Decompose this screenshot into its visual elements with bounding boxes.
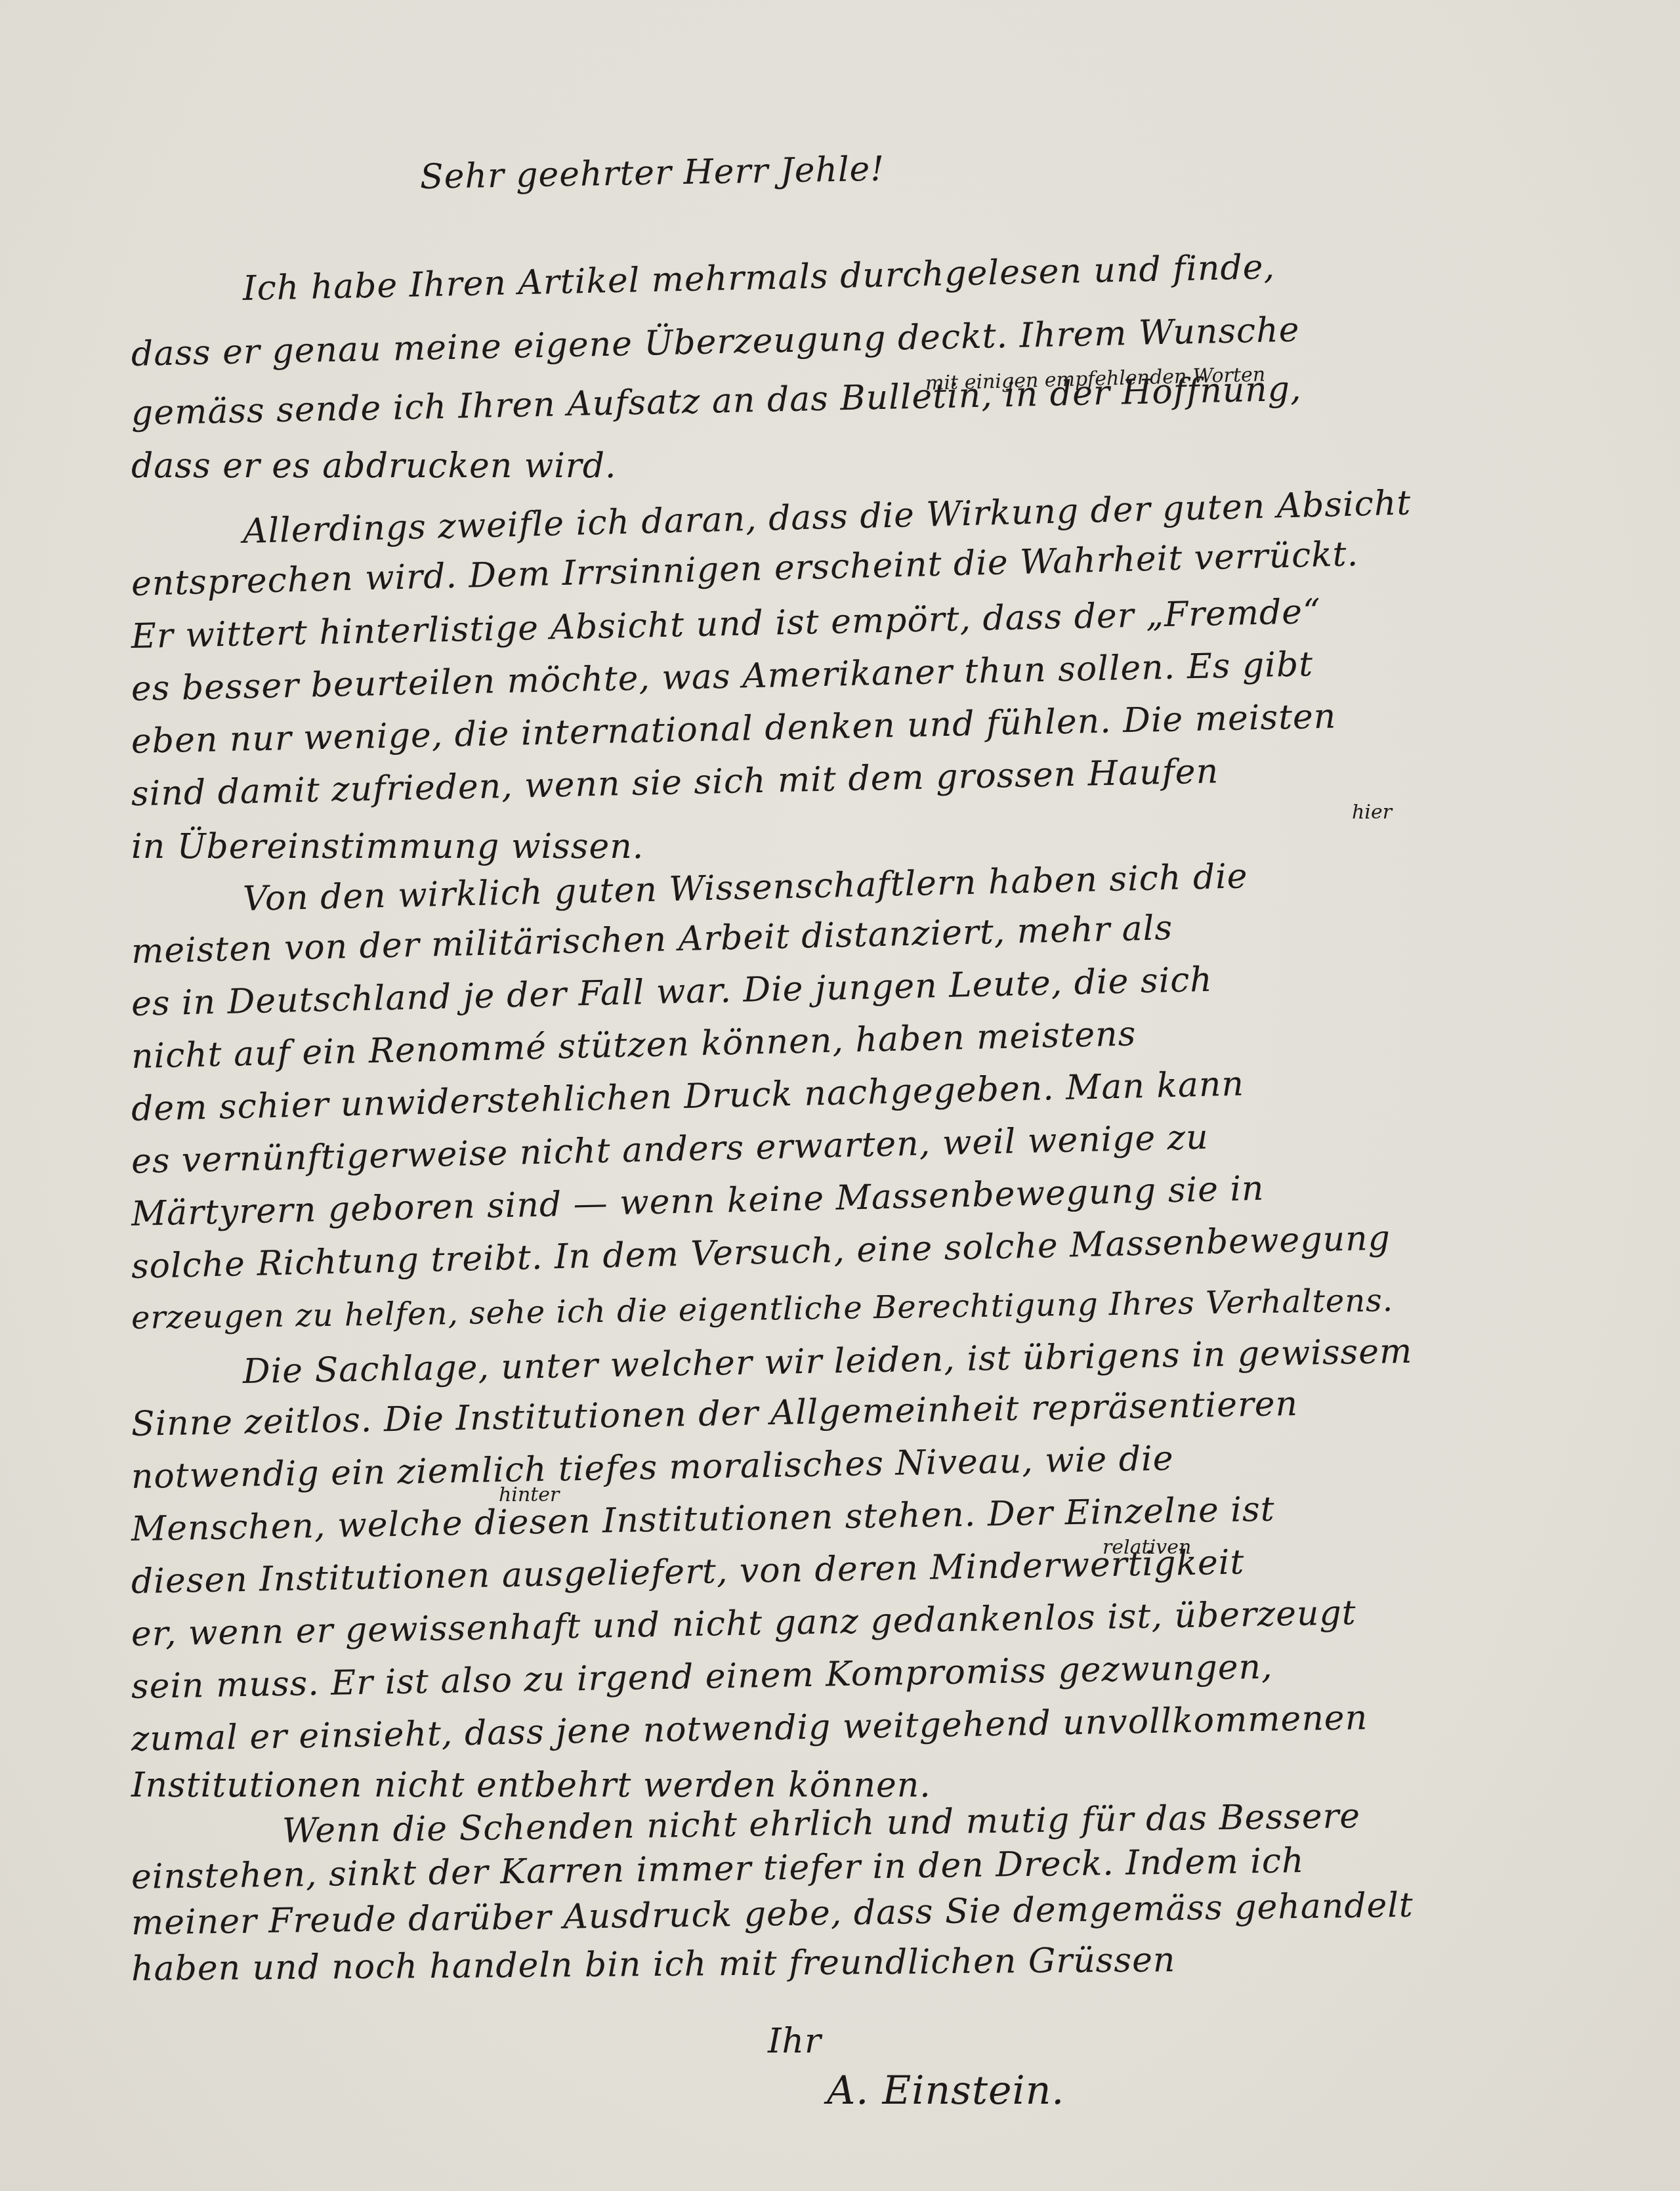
letter-line: Sinne zeitlos. Die Institutionen der All… [131,1384,1298,1444]
letter-line: zumal er einsieht, dass jene notwendig w… [131,1698,1368,1759]
letter-line: es in Deutschland je der Fall war. Die j… [131,960,1213,1024]
letter-line: sind damit zufrieden, wenn sie sich mit … [131,752,1219,814]
closing: Ihr [768,2022,822,2061]
letter-line: Die Sachlage, unter welcher wir leiden, … [242,1332,1412,1392]
letter-line: in Übereinstimmung wissen. [131,827,644,866]
letter-line: dass er es abdrucken wird. [131,446,617,486]
letter-line: Institutionen nicht entbehrt werden könn… [131,1766,931,1805]
letter-line: Er wittert hinterlistige Absicht und ist… [131,592,1321,656]
interlinear-insert: hier [1352,801,1392,824]
letter-line: dem schier unwiderstehlichen Druck nachg… [131,1065,1244,1129]
letter-line: eben nur wenige, die international denke… [131,697,1336,761]
letter-line: Märtyrern geboren sind — wenn keine Mass… [131,1169,1265,1234]
letter-line: Ich habe Ihren Artikel mehrmals durchgel… [242,247,1275,308]
letter-line: er, wenn er gewissenhaft und nicht ganz … [131,1593,1356,1654]
letter-line: es vernünftigerweise nicht anders erwart… [131,1118,1209,1181]
letter-line: dass er genau meine eigene Überzeugung d… [131,310,1300,374]
letter-line: diesen Institutionen ausgeliefert, von d… [131,1542,1244,1602]
letter-line: notwendig ein ziemlich tiefes moralische… [131,1439,1173,1497]
salutation: Sehr geehrter Herr Jehle! [419,150,885,197]
letter-line: erzeugen zu helfen, sehe ich die eigentl… [131,1282,1394,1336]
signature: A. Einstein. [827,2068,1064,2114]
letter-line: es besser beurteilen möchte, was Amerika… [131,645,1313,709]
letter-line: sein muss. Er ist also zu irgend einem K… [131,1648,1273,1707]
letter-line: nicht auf ein Renommé stützen können, ha… [131,1014,1137,1076]
letter-line: haben und noch handeln bin ich mit freun… [131,1940,1176,1989]
letter-line: gemäss sende ich Ihren Aufsatz an das Bu… [131,370,1302,433]
letter-page: Sehr geehrter Herr Jehle! Ich habe Ihren… [0,0,1680,2191]
